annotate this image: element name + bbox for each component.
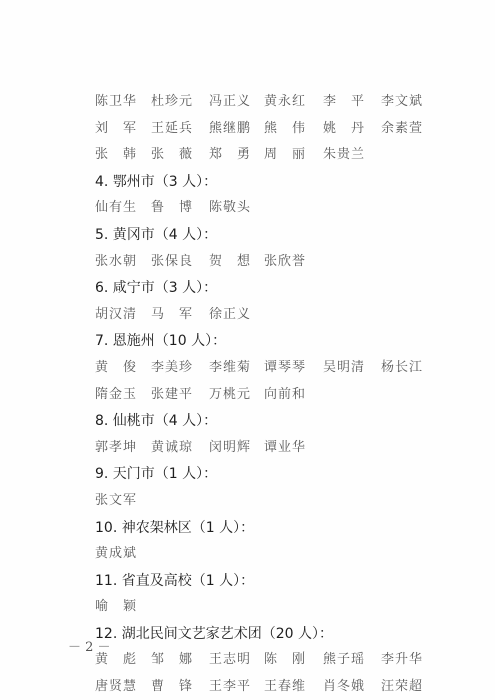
person-name: 张文军	[95, 488, 137, 515]
section-heading: 4. 鄂州市（3 人）：	[95, 169, 435, 196]
person-name: 喻 颖	[95, 594, 137, 621]
person-name: 汪荣超	[381, 674, 423, 700]
section-heading: 8. 仙桃市（4 人）：	[95, 408, 435, 435]
person-name: 唐贤慧	[95, 674, 137, 700]
person-name: 熊继鹏	[209, 116, 251, 143]
person-name: 隋金玉	[95, 382, 137, 409]
names-row: 陈卫华杜珍元冯正义黄永红李 平李文斌	[95, 89, 435, 116]
name-list: 陈卫华杜珍元冯正义黄永红李 平李文斌刘 军王延兵熊继鹏熊 伟姚 丹余素萱张 韩张…	[95, 89, 435, 700]
person-name: 陈 刚	[264, 647, 306, 674]
person-name: 王志明	[209, 647, 251, 674]
names-row: 张文军	[95, 488, 435, 515]
page-number: － 2 －	[68, 636, 111, 655]
person-name: 余素萱	[381, 116, 423, 143]
names-row: 刘 军王延兵熊继鹏熊 伟姚 丹余素萱	[95, 116, 435, 143]
section-heading: 7. 恩施州（10 人）：	[95, 328, 435, 355]
names-row: 黄成斌	[95, 541, 435, 568]
person-name: 熊子瑶	[323, 647, 365, 674]
person-name: 马 军	[151, 302, 193, 329]
person-name: 王延兵	[151, 116, 193, 143]
person-name: 肖冬娥	[323, 674, 365, 700]
person-name: 王李平	[209, 674, 251, 700]
person-name: 王春维	[264, 674, 306, 700]
person-name: 胡汉清	[95, 302, 137, 329]
person-name: 陈卫华	[95, 89, 137, 116]
person-name: 曹 锋	[151, 674, 193, 700]
names-row: 唐贤慧曹 锋王李平王春维肖冬娥汪荣超	[95, 674, 435, 700]
person-name: 张 薇	[151, 142, 193, 169]
person-name: 李 平	[323, 89, 365, 116]
names-row: 隋金玉张建平万桃元向前和	[95, 382, 435, 409]
person-name: 黄永红	[264, 89, 306, 116]
section-heading: 6. 咸宁市（3 人）：	[95, 275, 435, 302]
section-heading: 9. 天门市（1 人）：	[95, 461, 435, 488]
names-row: 仙有生鲁 博陈敬头	[95, 195, 435, 222]
person-name: 万桃元	[209, 382, 251, 409]
person-name: 黄 俊	[95, 355, 137, 382]
person-name: 张保良	[151, 249, 193, 276]
person-name: 张 韩	[95, 142, 137, 169]
person-name: 郭孝坤	[95, 435, 137, 462]
document-page: 陈卫华杜珍元冯正义黄永红李 平李文斌刘 军王延兵熊继鹏熊 伟姚 丹余素萱张 韩张…	[0, 0, 495, 700]
person-name: 张欣誉	[264, 249, 306, 276]
section-heading: 10. 神农架林区（1 人）：	[95, 515, 435, 542]
person-name: 刘 军	[95, 116, 137, 143]
person-name: 李升华	[381, 647, 423, 674]
person-name: 闵明辉	[209, 435, 251, 462]
person-name: 邹 娜	[151, 647, 193, 674]
person-name: 熊 伟	[264, 116, 306, 143]
names-row: 黄 彪邹 娜王志明陈 刚熊子瑶李升华	[95, 647, 435, 674]
names-row: 张水朝张保良贺 想张欣誉	[95, 249, 435, 276]
section-heading: 5. 黄冈市（4 人）：	[95, 222, 435, 249]
person-name: 黄诚琼	[151, 435, 193, 462]
person-name: 李美珍	[151, 355, 193, 382]
person-name: 朱贵兰	[323, 142, 365, 169]
person-name: 向前和	[264, 382, 306, 409]
person-name: 黄成斌	[95, 541, 137, 568]
person-name: 李维菊	[209, 355, 251, 382]
person-name: 李文斌	[381, 89, 423, 116]
section-heading: 11. 省直及高校（1 人）：	[95, 568, 435, 595]
names-row: 胡汉清马 军徐正义	[95, 302, 435, 329]
person-name: 姚 丹	[323, 116, 365, 143]
section-heading: 12. 湖北民间文艺家艺术团（20 人）：	[95, 621, 435, 648]
person-name: 周 丽	[264, 142, 306, 169]
names-row: 张 韩张 薇郑 勇周 丽朱贵兰	[95, 142, 435, 169]
person-name: 杨长江	[381, 355, 423, 382]
person-name: 杜珍元	[151, 89, 193, 116]
person-name: 仙有生	[95, 195, 137, 222]
person-name: 贺 想	[209, 249, 251, 276]
person-name: 陈敬头	[209, 195, 251, 222]
names-row: 黄 俊李美珍李维菊谭琴琴吴明清杨长江	[95, 355, 435, 382]
person-name: 冯正义	[209, 89, 251, 116]
person-name: 张建平	[151, 382, 193, 409]
names-row: 喻 颖	[95, 594, 435, 621]
names-row: 郭孝坤黄诚琼闵明辉谭业华	[95, 435, 435, 462]
person-name: 谭业华	[264, 435, 306, 462]
person-name: 吴明清	[323, 355, 365, 382]
person-name: 张水朝	[95, 249, 137, 276]
person-name: 郑 勇	[209, 142, 251, 169]
person-name: 谭琴琴	[264, 355, 306, 382]
person-name: 徐正义	[209, 302, 251, 329]
person-name: 鲁 博	[151, 195, 193, 222]
